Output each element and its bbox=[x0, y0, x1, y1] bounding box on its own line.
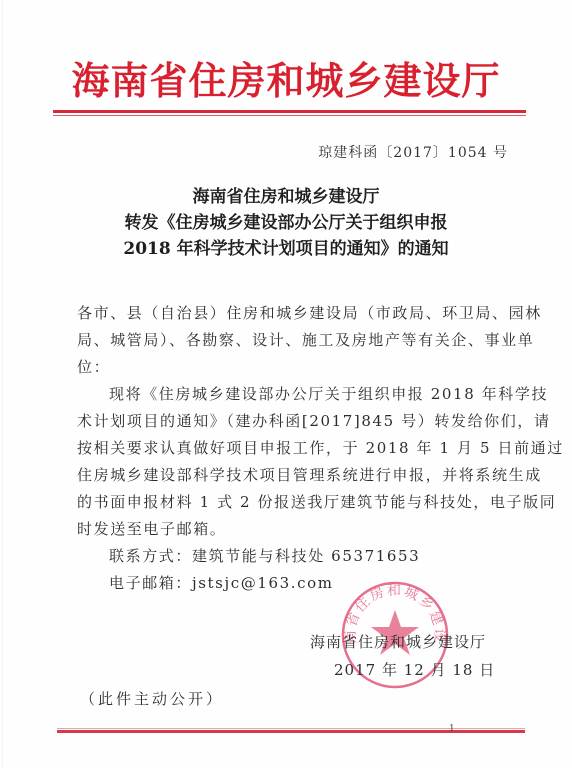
signature-organization: 海南省住房和城乡建设厅 bbox=[300, 628, 530, 656]
footer-rule bbox=[57, 730, 525, 733]
recipients-line: 各市、县（自治县）住房和城乡建设局（市政局、环卫局、园林 bbox=[77, 300, 507, 327]
heading-line-3: 2018 年科学技术计划项目的通知》的通知 bbox=[0, 236, 572, 262]
signature-date: 2017 年 12 月 18 日 bbox=[300, 656, 530, 684]
recipients-line: 局、城管局）、各勘察、设计、施工及房地产等有关企、事业单 bbox=[77, 327, 507, 354]
paragraph-line: 住房城乡建设部科学技术项目管理系统进行申报，并将系统生成 bbox=[77, 462, 507, 489]
document-body: 各市、县（自治县）住房和城乡建设局（市政局、环卫局、园林 局、城管局）、各勘察、… bbox=[77, 300, 507, 597]
document-number: 琼建科函〔2017〕1054 号 bbox=[318, 142, 508, 162]
heading-line-1: 海南省住房和城乡建设厅 bbox=[0, 184, 572, 210]
document-heading: 海南省住房和城乡建设厅 转发《住房城乡建设部办公厅关于组织申报 2018 年科学… bbox=[0, 184, 572, 262]
paragraph-line: 的书面申报材料 1 式 2 份报送我厅建筑节能与科技处，电子版同 bbox=[77, 489, 507, 516]
paragraph-line: 按相关要求认真做好项目申报工作，于 2018 年 1 月 5 日前通过 bbox=[77, 435, 507, 462]
heading-line-2: 转发《住房城乡建设部办公厅关于组织申报 bbox=[0, 210, 572, 236]
email-line: 电子邮箱：jstsjc@163.com bbox=[77, 570, 507, 597]
page-edge bbox=[2, 0, 3, 768]
contact-line: 联系方式：建筑节能与科技处 65371653 bbox=[77, 543, 507, 570]
paragraph-line: 时发送至电子邮箱。 bbox=[77, 516, 507, 543]
paragraph-line: 现将《住房城乡建设部办公厅关于组织申报 2018 年科学技 bbox=[77, 381, 507, 408]
recipients-line: 位： bbox=[77, 354, 507, 381]
signature-block: 海南省住房和城乡建设厅 2017 年 12 月 18 日 bbox=[300, 628, 530, 684]
paragraph-line: 术计划项目的通知》（建办科函[2017]845 号）转发给你们，请 bbox=[77, 408, 507, 435]
masthead-title: 海南省住房和城乡建设厅 bbox=[0, 58, 572, 104]
masthead-rule-thin bbox=[53, 115, 526, 116]
footer-rule-thin bbox=[57, 728, 525, 729]
document-page: 海南省住房和城乡建设厅 琼建科函〔2017〕1054 号 海南省住房和城乡建设厅… bbox=[0, 0, 572, 768]
page-number: 1 bbox=[449, 724, 455, 734]
masthead-rule-thick bbox=[53, 110, 526, 113]
public-disclosure-note: （此件主动公开） bbox=[80, 688, 224, 709]
